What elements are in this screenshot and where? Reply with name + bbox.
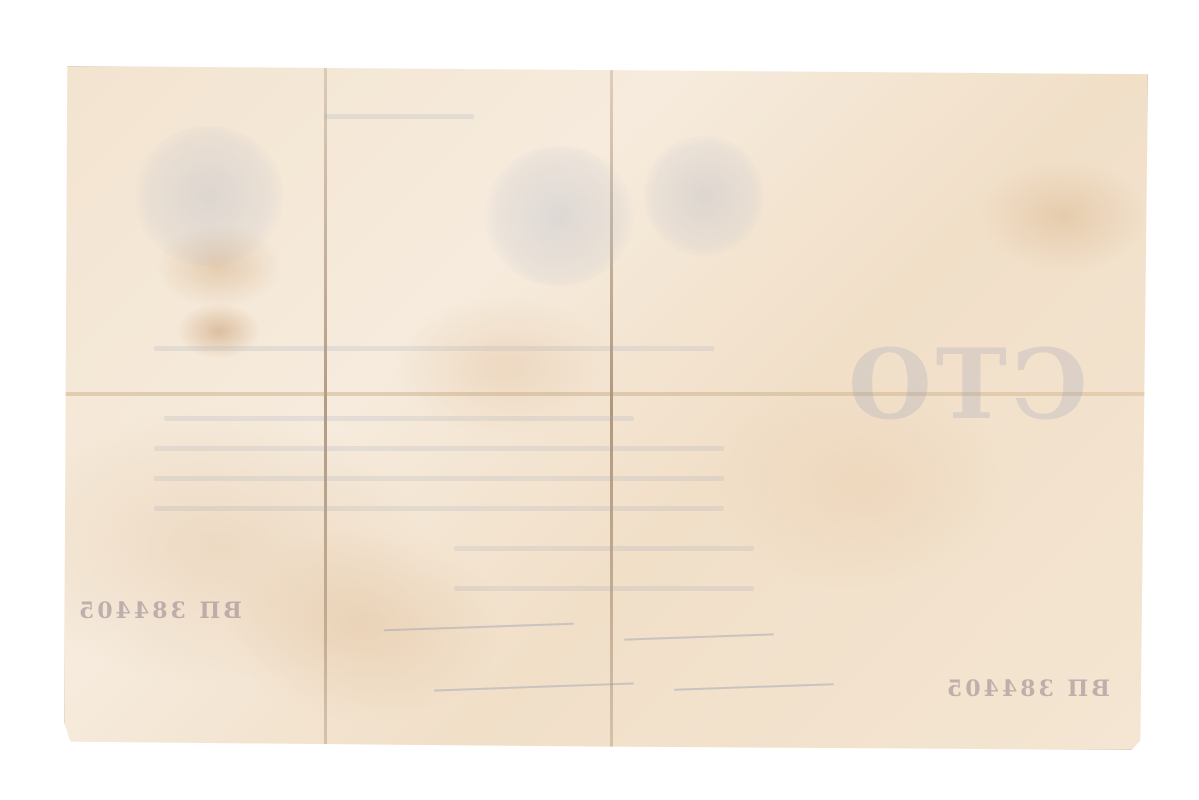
ghost-text-line [154,346,714,351]
serial-number-right: ВП 384405 [944,676,1110,702]
ghost-text-line [154,476,724,481]
ghost-text-line [164,416,634,421]
fold-crease-vertical-left [324,66,327,750]
ghost-text-line [154,506,724,511]
eagle-emblem-ghost-center [484,146,634,286]
banknote: СТО ВП 384405 ВП 384405 [64,66,1148,750]
ghost-text-line [454,586,754,591]
denomination-ghost: СТО [844,328,1087,441]
ghost-text-line [154,446,724,451]
signature-ghost [434,683,634,692]
signature-ghost [624,633,774,640]
signature-ghost [384,623,574,632]
signature-ghost [674,683,834,691]
ghost-text-line [454,546,754,551]
eagle-emblem-ghost-right [644,136,764,256]
ghost-text-line [324,114,474,119]
eagle-emblem-ghost-left [134,126,284,266]
serial-number-left: ВП 384405 [76,598,242,624]
